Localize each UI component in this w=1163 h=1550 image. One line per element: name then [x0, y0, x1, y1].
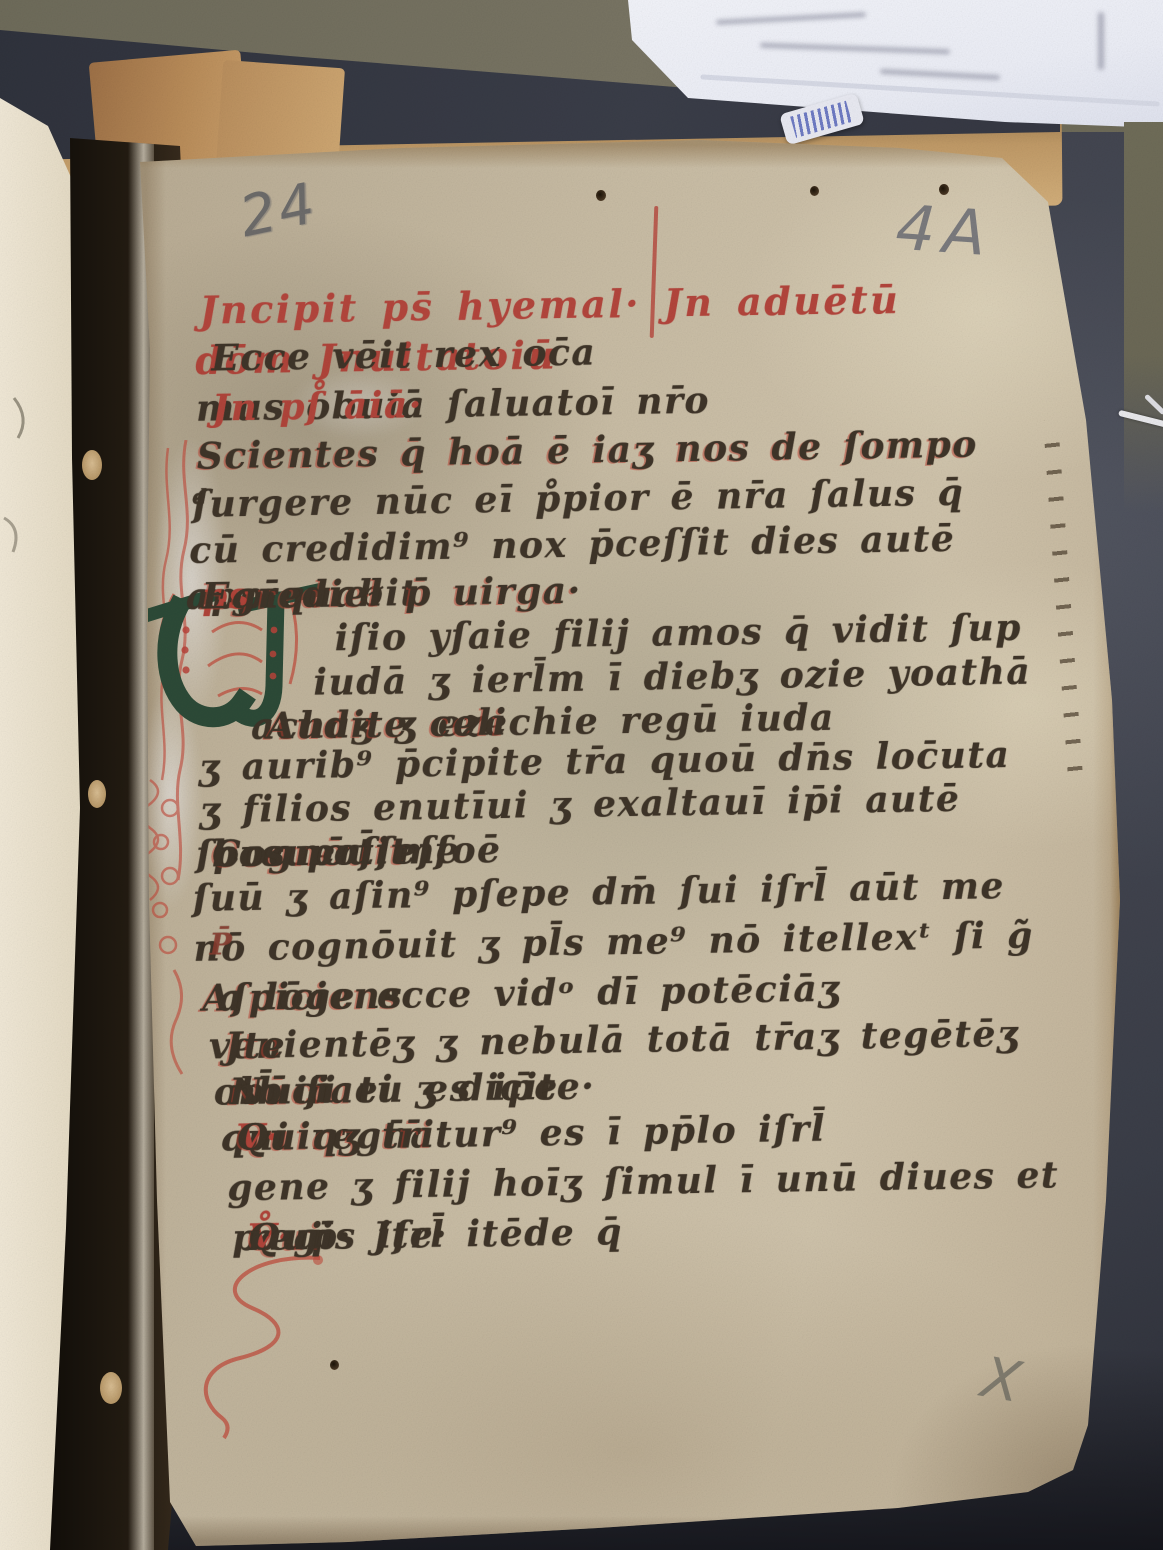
sewing-knot: [88, 780, 106, 808]
text-block: Jncipit ps̄ hyemal· Jn aduētū dōm Jnuita…: [137, 125, 1144, 1550]
wormhole: [330, 1360, 339, 1370]
wormhole: [596, 190, 606, 201]
pencil-smudge: [1098, 12, 1104, 70]
edge-stain: [1100, 1355, 1113, 1371]
sewing-knot: [82, 450, 102, 480]
wormhole: [939, 184, 949, 195]
table-surface-right: [1124, 122, 1163, 512]
manuscript-photo: Jncipit ps̄ hyemal· Jn aduētū dōm Jnuita…: [0, 0, 1163, 1550]
wormhole: [810, 186, 819, 196]
manuscript-page: Jncipit ps̄ hyemal· Jn aduētū dōm Jnuita…: [140, 140, 1125, 1550]
sewing-knot: [100, 1372, 122, 1404]
pencil-shelfmark: 4A: [894, 191, 997, 271]
